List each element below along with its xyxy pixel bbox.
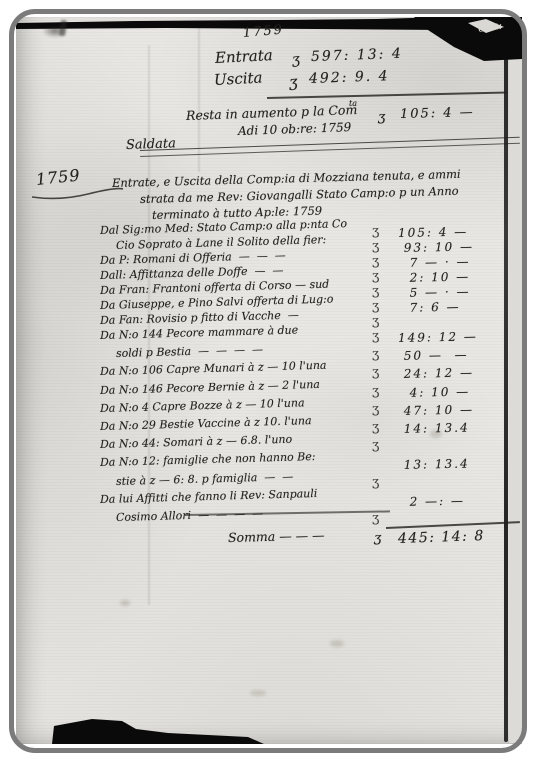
flourish-glyph: ʒ [374, 531, 381, 546]
foxing-spot [120, 600, 130, 606]
entry-amount: 7: 6 — [398, 300, 461, 315]
resta-amount: 105: 4 — [400, 105, 475, 122]
ledger-row: Da N:o 144 Pecore mammare à dueʒ149: 12 … [95, 329, 527, 347]
brace-flourish: ʒ [372, 402, 379, 417]
brace-flourish: ʒ [372, 284, 379, 299]
foxing-spot [330, 640, 344, 647]
entry-amount: 4: 10 — [398, 384, 470, 400]
brace-flourish: ʒ [372, 347, 379, 362]
flourish-glyph: ʒ [288, 72, 298, 91]
entry-description: soldi p Bestia — — — — [116, 343, 263, 360]
entry-amount: 105: 4 — [398, 225, 468, 240]
flourish-glyph: ʒ [378, 110, 385, 125]
brace-flourish: ʒ [372, 475, 379, 490]
manuscript-scan-viewport: 6. a: 1759 Entrata ʒ 597: 13: 4 Uscita ʒ… [0, 0, 536, 760]
entry-amount: 24: 12 — [398, 366, 474, 382]
ledger-row: Cosimo Allori — — — —ʒ [95, 511, 527, 529]
flourish-glyph: ʒ [291, 51, 301, 68]
brace-flourish: ʒ [372, 438, 379, 453]
entry-amount: 5 — · — [398, 284, 471, 300]
entry-amount: 7 — · — [398, 254, 471, 270]
ledger-row: Da lui Affitti che fanno li Rev: Sanpaul… [95, 493, 527, 511]
brace-flourish: ʒ [372, 384, 379, 399]
uscita-label: Uscita [214, 68, 263, 89]
brace-flourish: ʒ [372, 269, 379, 284]
uscita-amount: 492: 9. 4 [309, 68, 390, 87]
brace-flourish: ʒ [372, 224, 379, 239]
somma-amount: 445: 14: 8 [398, 528, 485, 547]
entry-rows: Dal Sig:mo Med: Stato Camp:o alla p:nta … [95, 224, 527, 529]
scan-bottom-edge [16, 688, 522, 744]
entry-amount: 2: 10 — [398, 269, 470, 285]
brace-flourish: ʒ [372, 299, 379, 314]
brace-flourish: ʒ [372, 365, 379, 380]
brace-flourish: ʒ [372, 314, 379, 329]
entry-amount: 13: 13.4 [398, 457, 470, 472]
brace-flourish: ʒ [372, 254, 379, 269]
ledger-row: Da N:o 12: famiglie che non hanno Be: 13… [95, 456, 527, 474]
entrata-label: Entrata [215, 46, 274, 67]
entrata-amount: 597: 13: 4 [311, 46, 403, 65]
brace-flourish: ʒ [372, 329, 379, 344]
entry-amount: 50 — — [398, 348, 469, 363]
entry-amount: 2 —: — [398, 493, 465, 508]
brace-flourish: ʒ [372, 420, 379, 435]
somma-label: Somma — — — [228, 527, 325, 545]
entry-amount: 14: 13.4 [398, 420, 470, 435]
entry-amount: 149: 12 — [398, 329, 478, 345]
entry-amount: 93: 10 — [398, 239, 474, 255]
entry-amount: 47: 10 — [398, 402, 474, 418]
brace-flourish: ʒ [372, 511, 379, 526]
brace-flourish: ʒ [372, 239, 379, 254]
ledger-row: Da N:o 146 Pecore Bernie à z — 2 l'unaʒ … [95, 384, 527, 402]
